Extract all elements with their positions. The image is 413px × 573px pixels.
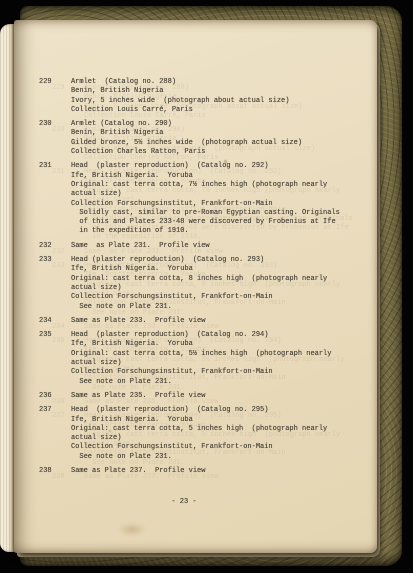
entry-line: Armlet (Catalog no. 288) [71, 78, 369, 87]
entry-number: 230 [39, 120, 71, 157]
entry-lines: Head (plaster reproduction) (Catalog no.… [71, 406, 369, 462]
entry-line: Solidly cast, similar to pre-Roman Egypt… [71, 209, 369, 218]
entry-line: Ife, British Nigeria. Yoruba [71, 265, 369, 274]
entry-line: Collection Forschungsinstitut, Frankfort… [71, 443, 369, 452]
entry-line: in the expedition of 1910. [71, 227, 369, 236]
entry-line: Benin, British Nigeria [71, 87, 369, 96]
entry-line: Original: cast terra cotta, 8 inches hig… [71, 275, 369, 284]
entry-number: 234 [39, 317, 71, 326]
entry-lines: Head (plaster reproduction) (Catalog no.… [71, 331, 369, 387]
entry-line: Same as Plate 237. Profile view [71, 467, 369, 476]
catalog-entries: 229Armlet (Catalog no. 288)Benin, Britis… [39, 78, 369, 481]
catalog-entry: 238Same as Plate 237. Profile view [39, 467, 369, 476]
entry-line: actual size) [71, 434, 369, 443]
entry-line: Same as Plate 235. Profile view [71, 392, 369, 401]
catalog-entry: 233Head (plaster reproduction) (Catalog … [39, 256, 369, 312]
entry-number: 238 [39, 467, 71, 476]
catalog-entry: 234Same as Plate 233. Profile view [39, 317, 369, 326]
entry-line: Head (plaster reproduction) (Catalog no.… [71, 406, 369, 415]
catalog-entry: 229Armlet (Catalog no. 288)Benin, Britis… [39, 78, 369, 115]
catalog-entry: 230Armlet (Catalog no. 290)Benin, Britis… [39, 120, 369, 157]
entry-line: Same as Plate 233. Profile view [71, 317, 369, 326]
left-page-edges [0, 24, 15, 552]
entry-number: 229 [39, 78, 71, 115]
catalog-page: 229Armlet (Catalog no. 288)Benin, Britis… [14, 20, 377, 553]
entry-lines: Same as Plate 235. Profile view [71, 392, 369, 401]
entry-lines: Same as Plate 231. Profile view [71, 242, 369, 251]
entry-line: Ivory, 5 inches wide (photograph about a… [71, 97, 369, 106]
catalog-entry: 237Head (plaster reproduction) (Catalog … [39, 406, 369, 462]
entry-lines: Same as Plate 233. Profile view [71, 317, 369, 326]
entry-line: Collection Charles Ratton, Paris [71, 148, 369, 157]
entry-number: 232 [39, 242, 71, 251]
entry-line: Gilded bronze, 5½ inches wide (photograp… [71, 139, 369, 148]
entry-line: actual size) [71, 190, 369, 199]
catalog-entry: 232Same as Plate 231. Profile view [39, 242, 369, 251]
page-number: - 23 - [14, 498, 354, 507]
entry-line: Collection Louis Carré, Paris [71, 106, 369, 115]
entry-line: Same as Plate 231. Profile view [71, 242, 369, 251]
entry-line: See note on Plate 231. [71, 453, 369, 462]
entry-number: 235 [39, 331, 71, 387]
entry-number: 237 [39, 406, 71, 462]
entry-lines: Head (plaster reproduction) (Catalog no.… [71, 162, 369, 236]
entry-number: 236 [39, 392, 71, 401]
entry-line: Original: cast terra cotta, 7½ inches hi… [71, 181, 369, 190]
entry-line: Original: cast terra cotta, 5 inches hig… [71, 425, 369, 434]
entry-line: Original: cast terra cotta, 5½ inches hi… [71, 350, 369, 359]
entry-line: Ife, British Nigeria. Yoruba [71, 416, 369, 425]
entry-line: actual size) [71, 359, 369, 368]
entry-lines: Armlet (Catalog no. 290)Benin, British N… [71, 120, 369, 157]
entry-line: Head (plaster reproduction) (Catalog no.… [71, 256, 369, 265]
entry-number: 231 [39, 162, 71, 236]
entry-line: Benin, British Nigeria [71, 129, 369, 138]
page-content: 229Armlet (Catalog no. 288)Benin, Britis… [14, 20, 377, 553]
entry-line: Collection Forschungsinstitut, Frankfort… [71, 368, 369, 377]
entry-lines: Same as Plate 237. Profile view [71, 467, 369, 476]
entry-number: 233 [39, 256, 71, 312]
entry-line: See note on Plate 231. [71, 378, 369, 387]
catalog-entry: 231Head (plaster reproduction) (Catalog … [39, 162, 369, 236]
entry-line: Ife, British Nigeria. Yoruba [71, 172, 369, 181]
catalog-entry: 236Same as Plate 235. Profile view [39, 392, 369, 401]
entry-lines: Armlet (Catalog no. 288)Benin, British N… [71, 78, 369, 115]
entry-line: Collection Forschungsinstitut, Frankfort… [71, 293, 369, 302]
scanned-book-photo: 229Armlet (Catalog no. 288)Benin, Britis… [0, 0, 413, 573]
entry-line: See note on Plate 231. [71, 303, 369, 312]
entry-line: actual size) [71, 284, 369, 293]
entry-line: Ife, British Nigeria. Yoruba [71, 340, 369, 349]
entry-line: Collection Forschungsinstitut, Frankfort… [71, 200, 369, 209]
entry-line: Head (plaster reproduction) (Catalog no.… [71, 162, 369, 171]
entry-lines: Head (plaster reproduction) (Catalog no.… [71, 256, 369, 312]
catalog-entry: 235Head (plaster reproduction) (Catalog … [39, 331, 369, 387]
stain-mark [118, 523, 146, 536]
